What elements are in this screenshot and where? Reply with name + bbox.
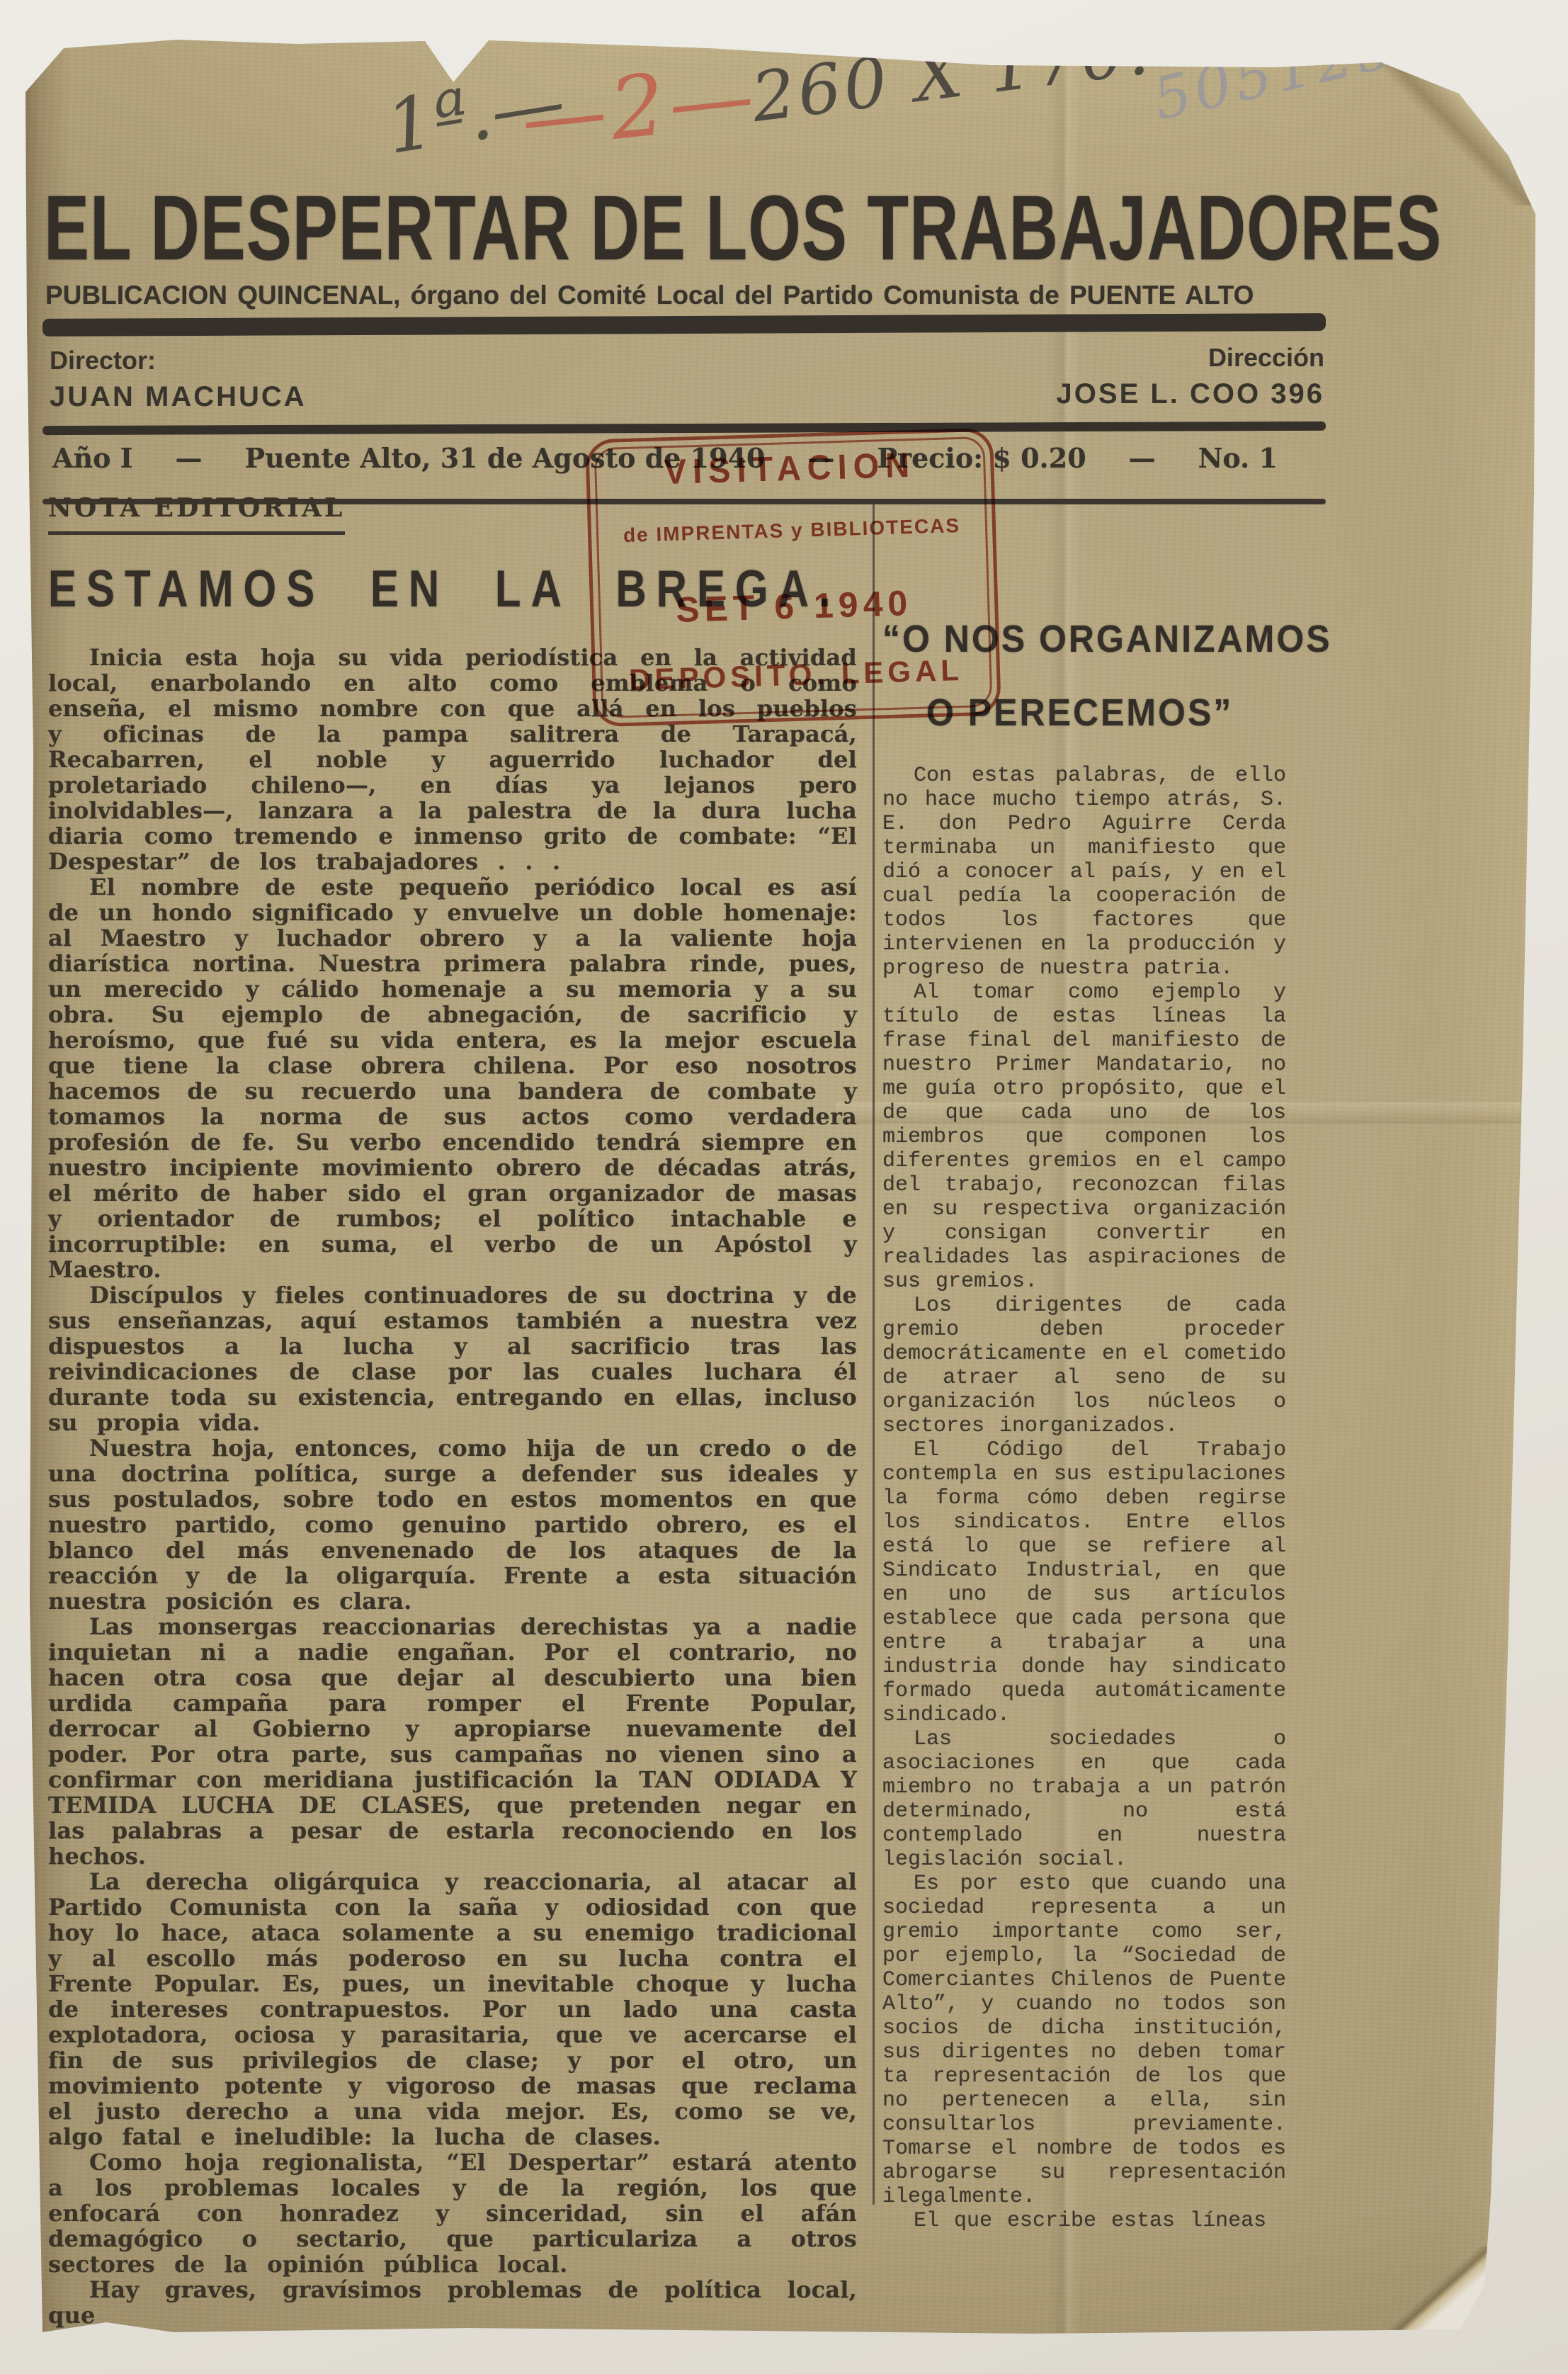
article-paragraph: Los dirigentes de cada gremio deben proc… xyxy=(882,1294,1286,1438)
editorial-paragraph: Hay graves, gravísimos problemas de polí… xyxy=(48,2277,857,2328)
dateline-issue: No. 1 xyxy=(1198,442,1278,474)
editorial-headline: ESTAMOS EN LA BREGA. xyxy=(48,559,857,618)
editorial-kicker: NOTA EDITORIAL xyxy=(48,493,345,535)
editorial-paragraph: Nuestra hoja, entonces, como hija de un … xyxy=(48,1435,857,1614)
director-block: Director: JUAN MACHUCA xyxy=(50,346,307,413)
newspaper-page: 1ª.— —2— 260 X 170. 505125 EL DESPERTAR … xyxy=(21,28,1544,2345)
handwritten-dimensions: 260 X 170. xyxy=(747,10,1155,137)
right-headline-line2: O PERECEMOS” xyxy=(882,676,1286,750)
dateline-dash: — xyxy=(1129,442,1156,474)
thick-rule xyxy=(42,313,1326,337)
editorial-paragraph: Inicia esta hoja su vida periodística en… xyxy=(48,645,857,874)
dateline-dash: — xyxy=(807,442,834,474)
editorial-paragraph: Las monsergas reaccionarias derechistas … xyxy=(48,1614,857,1869)
masthead-subtitle: PUBLICACION QUINCENAL, órgano del Comité… xyxy=(45,281,1254,310)
handwritten-catalog-number: 505125 xyxy=(1147,13,1403,134)
article-paragraph: Es por esto que cuando una sociedad repr… xyxy=(882,1872,1286,2209)
bottom-right-curl xyxy=(1388,2246,1494,2338)
editorial-paragraph: El nombre de este pequeño periódico loca… xyxy=(48,874,857,1282)
dateline-year: Año I xyxy=(52,442,132,474)
article-paragraph: El Código del Trabajo contempla en sus e… xyxy=(882,1438,1286,1727)
dateline-dash: — xyxy=(175,442,202,474)
right-article-column: “O NOS ORGANIZAMOS O PERECEMOS” Con esta… xyxy=(882,602,1286,2233)
director-name: JUAN MACHUCA xyxy=(50,381,307,413)
dateline: Año I — Puente Alto, 31 de Agosto de 194… xyxy=(52,442,1278,474)
article-paragraph: Las sociedades o asociaciones en que cad… xyxy=(882,1727,1286,1872)
dateline-place-date: Puente Alto, 31 de Agosto de 1940 xyxy=(244,442,765,474)
editorial-paragraph: La derecha oligárquica y reaccionaria, a… xyxy=(48,1869,857,2149)
right-article-body: Con estas palabras, de ello no hace much… xyxy=(882,764,1286,2233)
editorial-paragraph: Como hoja regionalista, “El Despertar” e… xyxy=(48,2149,857,2277)
right-headline-line1: “O NOS ORGANIZAMOS xyxy=(882,602,1286,676)
editorial-body: Inicia esta hoja su vida periodística en… xyxy=(48,645,857,2328)
medium-rule xyxy=(42,422,1326,435)
address-label: Dirección xyxy=(1057,343,1324,373)
masthead-title: EL DESPERTAR DE LOS TRABAJADORES xyxy=(44,176,1322,282)
director-label: Director: xyxy=(50,346,307,375)
article-paragraph: Al tomar como ejemplo y título de estas … xyxy=(882,980,1286,1294)
address-value: JOSE L. COO 396 xyxy=(1057,378,1324,410)
dateline-price: Precio: $ 0.20 xyxy=(877,442,1086,474)
editorial-paragraph: Discípulos y fieles continuadores de su … xyxy=(48,1282,857,1435)
article-paragraph: El que escribe estas líneas xyxy=(882,2209,1286,2233)
column-divider xyxy=(873,504,875,2205)
address-block: Dirección JOSE L. COO 396 xyxy=(1057,343,1324,410)
editorial-column: NOTA EDITORIAL ESTAMOS EN LA BREGA. Inic… xyxy=(48,493,857,2328)
article-paragraph: Con estas palabras, de ello no hace much… xyxy=(882,764,1286,980)
right-article-headline: “O NOS ORGANIZAMOS O PERECEMOS” xyxy=(882,602,1286,749)
